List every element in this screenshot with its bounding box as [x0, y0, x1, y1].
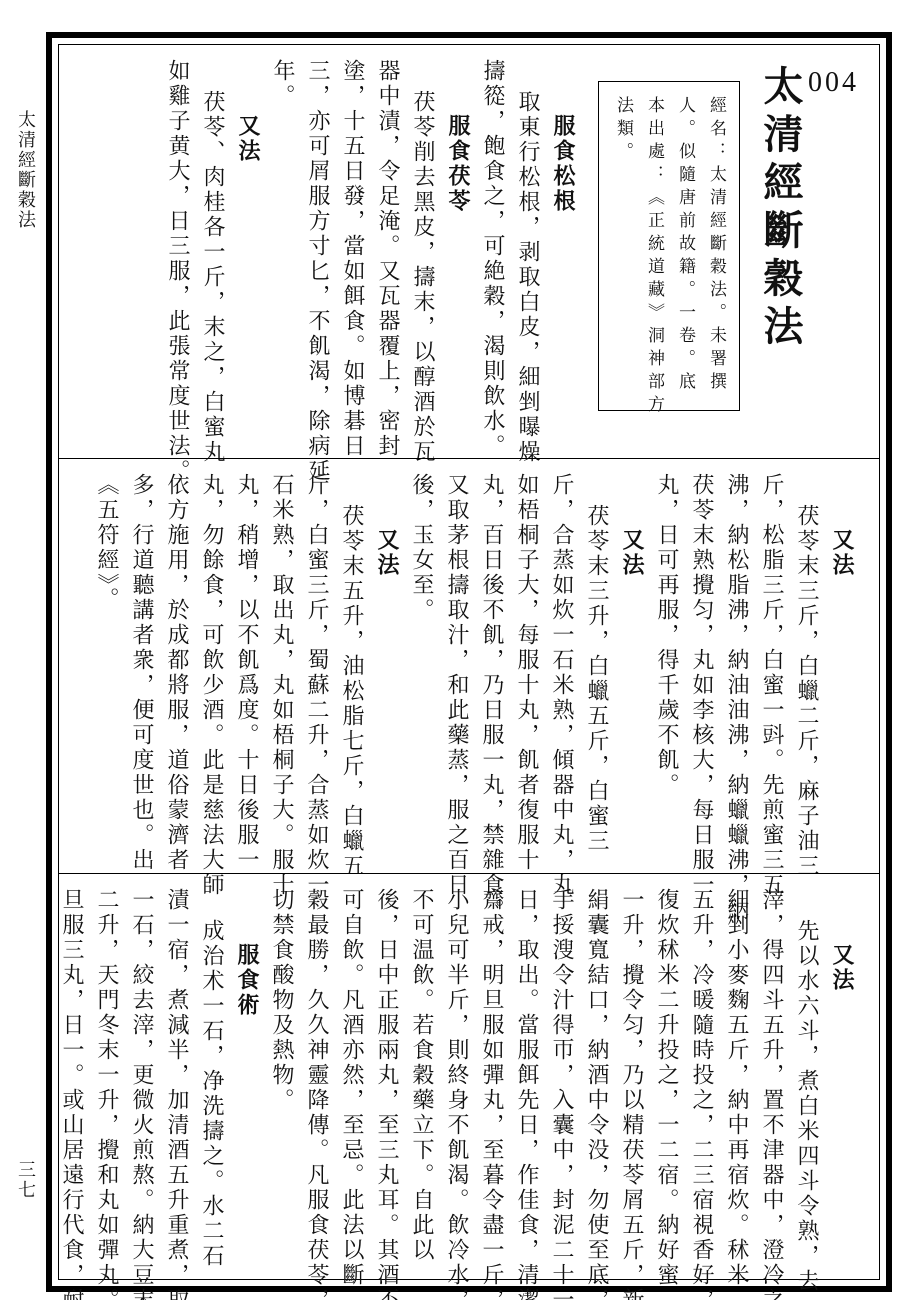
- running-title: 太清經斷穀法: [14, 110, 36, 230]
- text-line: 五升，冷暖隨時投之，二三宿視香好，: [684, 888, 719, 1280]
- section-heading: 又法: [230, 59, 265, 449]
- text-line: 沸，納松脂沸，納油油沸，納蠟蠟沸，納: [719, 473, 754, 865]
- section-heading: 又法: [824, 888, 859, 1280]
- text-line: 茯苓末五升，油松脂七斤，白蠟五: [334, 473, 369, 865]
- text-line: 多，行道聽講者衆，便可度世也。出: [124, 473, 159, 865]
- section-heading: 服食茯苓: [440, 59, 475, 449]
- text-line: 旦服三丸，日一。或山居遠行代食，耐: [54, 888, 89, 1280]
- text-line: 日，取出。當服餌先日，作佳食，清潔: [509, 888, 544, 1280]
- text-line: 一石，絞去滓，更微火煎熬。納大豆末: [124, 888, 159, 1280]
- section-heading: 又法: [369, 473, 404, 865]
- text-band-1: 004 太清經斷穀法 經名：太清經斷穀法。未署撰 人。似隨唐前故籍。一卷。底 本…: [59, 45, 879, 457]
- section-heading: 又法: [614, 473, 649, 865]
- text-line: 斤，合蒸如炊一石米熟，傾器中丸，丸: [544, 473, 579, 865]
- text-line: 先以水六斗，煮白米四斗令熟，去: [789, 888, 824, 1280]
- text-line: 斤，白蜜三斤，蜀蘇二升，合蒸如炊一: [299, 473, 334, 865]
- entry-number: 004: [808, 65, 859, 100]
- text-line: 細剉小麥麴五斤，納中再宿炊。秫米: [719, 888, 754, 1280]
- text-line: 三，亦可屑服方寸匕，不飢渴，除病延: [300, 59, 335, 449]
- text-line: 丸，勿餘食，可飲少酒。此是慈法大師: [194, 473, 229, 865]
- page-frame-inner: 004 太清經斷穀法 經名：太清經斷穀法。未署撰 人。似隨唐前故籍。一卷。底 本…: [58, 44, 880, 1280]
- text-line: 小兒可半斤，則終身不飢渴。飲冷水，: [439, 888, 474, 1280]
- text-line: 《五符經》。: [89, 473, 124, 865]
- text-line: 如梧桐子大，每服十丸，飢者復服十: [509, 473, 544, 865]
- text-line: 石米熟，取出丸，丸如梧桐子大。服十: [264, 473, 299, 865]
- info-line: 經名：太清經斷穀法。未署撰: [700, 96, 731, 396]
- page-frame: 004 太清經斷穀法 經名：太清經斷穀法。未署撰 人。似隨唐前故籍。一卷。底 本…: [46, 32, 892, 1292]
- text-line: 茯苓末熟攪匀，丸如李核大，每日服一: [684, 473, 719, 865]
- text-line: 茯苓削去黑皮，擣末，以醇酒於瓦: [405, 59, 440, 449]
- entry-info-box: 經名：太清經斷穀法。未署撰 人。似隨唐前故籍。一卷。底 本出處：《正統道藏》洞神…: [598, 81, 740, 411]
- text-line: 丸，百日後不飢，乃日服一丸，禁雜食。: [474, 473, 509, 865]
- text-line: 茯苓末三斤，白蠟二斤，麻子油三: [789, 473, 824, 865]
- text-line: 茯苓、肉桂各一斤，末之，白蜜丸: [195, 59, 230, 449]
- text-line: 器中漬，令足淹。又瓦器覆上，密封: [370, 59, 405, 449]
- text-line: 二升，天門冬末一升，攪和丸如彈丸。: [89, 888, 124, 1280]
- text-line: 可自飲。凡酒亦然，至忌。此法以斷: [334, 888, 369, 1280]
- info-line: 人。似隨唐前故籍。一卷。底: [669, 96, 700, 396]
- page-number: 三七: [14, 1160, 36, 1200]
- section-heading: 又法: [824, 473, 859, 865]
- text-line: 齋戒，明旦服如彈丸，至暮令盡一斤，: [474, 888, 509, 1280]
- text-line: 擣篵，飽食之，可絶穀，渴則飲水。: [475, 59, 510, 449]
- text-line: 一升，攪令匀，乃以精茯苓屑五斤，新: [614, 888, 649, 1280]
- text-line: 依方施用，於成都將服，道俗蒙濟者: [159, 473, 194, 865]
- section-heading: 服食術: [229, 888, 264, 1280]
- text-line: 茯苓末三升，白蠟五斤，白蜜三: [579, 473, 614, 865]
- text-line: 取東行松根，剥取白皮，細剉曝燥: [510, 59, 545, 449]
- band-2-columns: 又法 茯苓末三斤，白蠟二斤，麻子油三 斤，松脂三斤，白蜜一㪷。先煎蜜三五 沸，納…: [69, 473, 859, 865]
- text-line: 復炊秫米二升投之，一二宿。納好蜜: [649, 888, 684, 1280]
- text-line: 手挼溲令汁得帀，入囊中，封泥二十一: [544, 888, 579, 1280]
- text-line: 年。: [265, 59, 300, 449]
- text-line: 後，玉女至。: [404, 473, 439, 865]
- text-line: 後，日中正服兩丸，至三丸耳。其酒不: [369, 888, 404, 1280]
- text-line: 丸，稍增，以不飢爲度。十日後服一: [229, 473, 264, 865]
- text-line: 漬一宿，煮減半，加清酒五升重煮，取: [159, 888, 194, 1280]
- text-band-3: 又法 先以水六斗，煮白米四斗令熟，去 滓，得四斗五升，置不津器中，澄冷之， 細剉…: [59, 873, 879, 1288]
- band-3-columns: 又法 先以水六斗，煮白米四斗令熟，去 滓，得四斗五升，置不津器中，澄冷之， 細剉…: [69, 888, 859, 1280]
- text-line: 切禁食酸物及熱物。: [264, 888, 299, 1280]
- text-band-2: 又法 茯苓末三斤，白蠟二斤，麻子油三 斤，松脂三斤，白蜜一㪷。先煎蜜三五 沸，納…: [59, 458, 879, 873]
- text-line: 又取茅根擣取汁，和此藥蒸，服之百日: [439, 473, 474, 865]
- entry-title-block: 004 太清經斷穀法: [752, 59, 859, 449]
- entry-title: 太清經斷穀法: [757, 65, 803, 353]
- text-line: 斤，松脂三斤，白蜜一㪷。先煎蜜三五: [754, 473, 789, 865]
- text-line: 不可温飲。若食穀藥立下。自此以: [404, 888, 439, 1280]
- info-line: 法類。: [607, 96, 638, 396]
- text-line: 如雞子黄大，日三服，此張常度世法。: [160, 59, 195, 449]
- info-line: 本出處：《正統道藏》洞神部方: [638, 96, 669, 396]
- text-line: 滓，得四斗五升，置不津器中，澄冷之，: [754, 888, 789, 1280]
- text-line: 丸，日可再服，得千歲不飢。: [649, 473, 684, 865]
- text-line: 成治术一石，净洗擣之。水二石: [194, 888, 229, 1280]
- section-heading: 服食松根: [545, 59, 580, 449]
- text-line: 塗，十五日發，當如餌食。如博碁日: [335, 59, 370, 449]
- text-line: 穀最勝，久久神靈降傳。凡服食茯苓，: [299, 888, 334, 1280]
- band-1-columns: 004 太清經斷穀法 經名：太清經斷穀法。未署撰 人。似隨唐前故籍。一卷。底 本…: [69, 59, 859, 449]
- text-line: 絹囊寬結口，納酒中令没，勿使至底，: [579, 888, 614, 1280]
